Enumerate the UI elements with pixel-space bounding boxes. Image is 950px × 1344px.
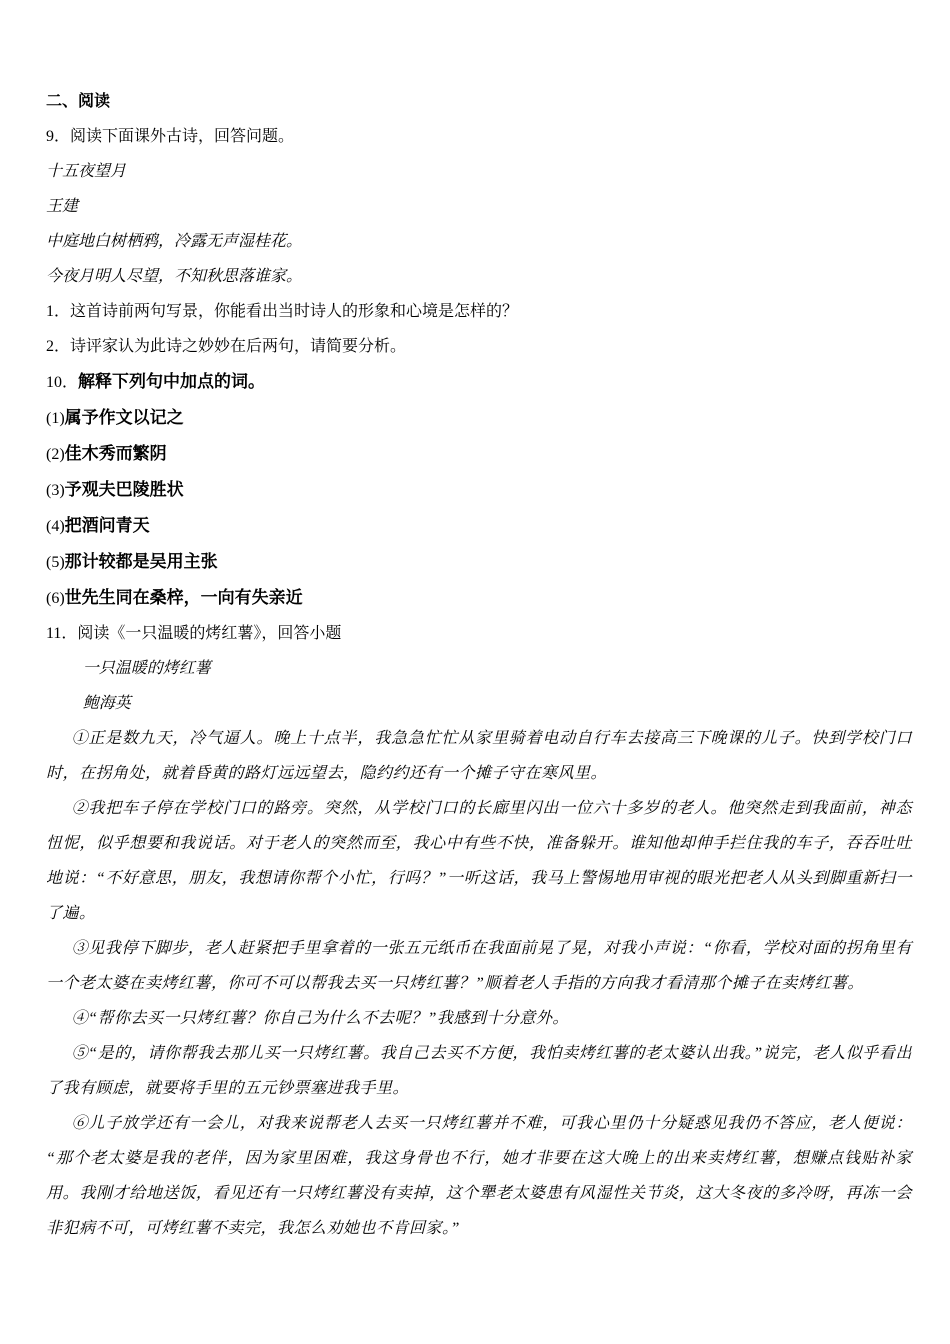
q10-item-number: (2) <box>46 446 65 463</box>
q10-item-number: (6) <box>46 590 65 607</box>
poem-line: 中庭地白树栖鸦，冷露无声湿桂花。 <box>46 224 912 259</box>
q10-item-number: (5) <box>46 554 65 571</box>
q10-item: (4)把酒问青天 <box>46 508 912 544</box>
q10-item: (2)佳木秀而繁阴 <box>46 436 912 472</box>
story-paragraph: ⑤“是的，请你帮我去那儿买一只烤红薯。我自己去买不方便，我怕卖烤红薯的老太婆认出… <box>46 1036 912 1106</box>
q10-item-text: 予观夫巴陵胜状 <box>65 480 184 499</box>
q10-item-text: 世先生同在桑梓，一向有失亲近 <box>65 588 303 607</box>
q10-item: (6)世先生同在桑梓，一向有失亲近 <box>46 580 912 616</box>
q10-item-number: (4) <box>46 518 65 535</box>
q10-item-text: 佳木秀而繁阴 <box>65 444 167 463</box>
section-header: 二、阅读 <box>46 84 912 119</box>
q9-sub-question-1: 1．这首诗前两句写景，你能看出当时诗人的形象和心境是怎样的？ <box>46 294 912 329</box>
exam-page: 二、阅读 9．阅读下面课外古诗，回答问题。 十五夜望月 王建 中庭地白树栖鸦，冷… <box>0 0 950 1344</box>
q10-number: 10． <box>46 374 78 391</box>
q10-item-text: 把酒问青天 <box>65 516 150 535</box>
story-title: 一只温暖的烤红薯 <box>46 651 912 686</box>
story-paragraph: ①正是数九天，冷气逼人。晚上十点半，我急急忙忙从家里骑着电动自行车去接高三下晚课… <box>46 721 912 791</box>
q10-item-text: 那计较都是吴用主张 <box>65 552 218 571</box>
story-paragraph: ④“帮你去买一只烤红薯？你自己为什么不去呢？”我感到十分意外。 <box>46 1001 912 1036</box>
poem-line: 今夜月明人尽望，不知秋思落谁家。 <box>46 259 912 294</box>
story-paragraph: ⑥儿子放学还有一会儿，对我来说帮老人去买一只烤红薯并不难，可我心里仍十分疑惑见我… <box>46 1106 912 1246</box>
q10-item: (1)属予作文以记之 <box>46 400 912 436</box>
q10-item: (5)那计较都是吴用主张 <box>46 544 912 580</box>
q10-prompt: 解释下列句中加点的词。 <box>78 372 265 391</box>
story-paragraph: ③见我停下脚步，老人赶紧把手里拿着的一张五元纸币在我面前晃了晃，对我小声说：“你… <box>46 931 912 1001</box>
q11-intro: 11．阅读《一只温暖的烤红薯》，回答小题 <box>46 616 912 651</box>
q9-sub-question-2: 2．诗评家认为此诗之妙妙在后两句，请简要分析。 <box>46 329 912 364</box>
story-paragraph: ②我把车子停在学校门口的路旁。突然，从学校门口的长廊里闪出一位六十多岁的老人。他… <box>46 791 912 931</box>
q10-heading: 10．解释下列句中加点的词。 <box>46 364 912 400</box>
q10-item-text: 属予作文以记之 <box>65 408 184 427</box>
q10-item: (3)予观夫巴陵胜状 <box>46 472 912 508</box>
poem-title: 十五夜望月 <box>46 154 912 189</box>
q9-intro: 9．阅读下面课外古诗，回答问题。 <box>46 119 912 154</box>
q10-item-number: (1) <box>46 410 65 427</box>
story-author: 鲍海英 <box>46 686 912 721</box>
poem-author: 王建 <box>46 189 912 224</box>
q10-item-number: (3) <box>46 482 65 499</box>
